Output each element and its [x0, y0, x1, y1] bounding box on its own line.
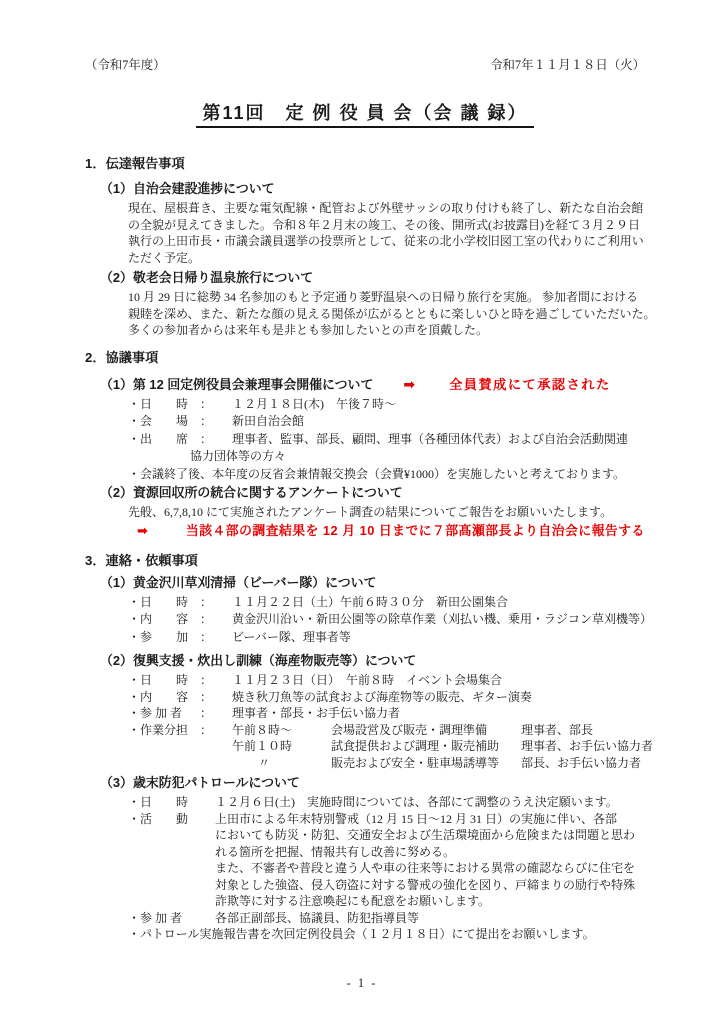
body-line: 執行の上田市長・市議会議員選挙の投票所として、従来の北小学校旧図工室の代わりにご… [128, 233, 645, 250]
section-2-heading: 2．協議事項 [85, 350, 645, 366]
bullet-attendees: ・出 席 ： 理事者、監事、部長、顧問、理事（各種団体代表）および自治会活動関連 [128, 431, 645, 449]
title-area: 第11回 定 例 役 員 会（会 議 録） [85, 103, 645, 128]
body-line: また、不審者や普段と違う人や車の往来等における異常の確認ならびに住宅を [215, 860, 635, 877]
item-1-1-heading: （1）自治会建設進捗について [100, 180, 645, 197]
bullet-label: ・内 容 [128, 611, 200, 629]
document-title: 第11回 定 例 役 員 会（会 議 録） [196, 103, 533, 128]
schedule-time: 午前１０時 [232, 738, 331, 755]
schedule-staff: 理事者、部長 [521, 722, 593, 739]
item-3-3-heading: （3）歳末防犯パトロールについて [100, 774, 645, 791]
body-line: 対象とした強盗、侵入窃盗に対する警戒の強化を図り、戸締まりの励行や特殊 [215, 877, 635, 894]
bullet-colon: ： [200, 705, 232, 722]
action-row: ➡ 当該４部の調査結果を 12 月 10 日までに７部髙瀬部長より自治会に報告す… [137, 521, 645, 540]
bullet-label: ・日 時 [128, 794, 215, 811]
right-arrow-icon: ➡ [403, 376, 415, 393]
bullet-value-continued: 協力団体等の方々 [190, 448, 645, 466]
bullet-value: １１月２３日（日） 午前８時 イベント会場集合 [232, 672, 502, 689]
bullet-date-time: ・日 時 １２月６日(土) 実施時間については、各部にて調整のうえ決定願います。 [128, 794, 645, 811]
bullet-content: ・内 容 ： 焼き秋刀魚等の試食および海産物等の販売、ギター演奏 [128, 689, 645, 706]
bullet-colon: ： [200, 672, 232, 689]
bullet-text: ・パトロール実施報告書を次回定例役員会（１２月１８日）にて提出をお願いします。 [128, 926, 595, 943]
schedule-time-ditto: 〃 [232, 755, 331, 772]
item-2-1-heading: （1）第 12 回定例役員会兼理事会開催について [100, 376, 373, 393]
decision-text: 全員賛成にて承認された [449, 374, 611, 393]
body-line: 上田市による年末特別警戒（12 月 15 日～12 月 31 日）の実施に伴い、… [215, 811, 635, 828]
bullet-report-request: ・パトロール実施報告書を次回定例役員会（１２月１８日）にて提出をお願いします。 [128, 926, 645, 943]
bullet-label: ・会 場 [128, 413, 200, 431]
item-3-3-body: ・日 時 １２月６日(土) 実施時間については、各部にて調整のうえ決定願います。… [85, 794, 645, 943]
bullet-date-time: ・日 時 ： １１月２３日（日） 午前８時 イベント会場集合 [128, 672, 645, 689]
bullet-label: ・参 加 者 [128, 910, 215, 927]
bullet-label: ・作業分担 [128, 722, 200, 739]
schedule-row: 〃 販売および安全・駐車場誘導等 部長、お手伝い協力者 [128, 755, 645, 772]
body-line: れる箇所を把握、情報共有し改善に努める。 [215, 844, 635, 861]
right-arrow-icon: ➡ [137, 521, 148, 540]
bullet-label: ・日 時 [128, 672, 200, 689]
bullet-value: 焼き秋刀魚等の試食および海産物等の販売、ギター演奏 [232, 689, 532, 706]
bullet-colon: ： [200, 594, 232, 612]
item-1-2-heading: （2）敬老会日帰り温泉旅行について [100, 269, 645, 286]
bullet-value: 黄金沢川沿い・新田公園等の除草作業（刈払い機、乗用・ラジコン草刈機等） [232, 611, 652, 629]
item-2-2-heading: （2）資源回収所の統合に関するアンケートについて [100, 484, 645, 501]
bullet-value: 理事者、監事、部長、顧問、理事（各種団体代表）および自治会活動関連 [232, 431, 628, 449]
schedule-staff: 部長、お手伝い協力者 [521, 755, 641, 772]
section-3-heading: 3．連絡・依頼事項 [85, 553, 645, 569]
document-page: （令和7年度） 令和7年１１月１８日（火） 第11回 定 例 役 員 会（会 議… [0, 0, 724, 1024]
bullet-activity: ・活 動 上田市による年末特別警戒（12 月 15 日～12 月 31 日）の実… [128, 811, 645, 910]
bullet-label: ・活 動 [128, 811, 215, 910]
body-line: の全貌が見えてきました。令和８年２月末の竣工、その後、開所式(お披露目)を経て３… [128, 217, 645, 234]
schedule-task: 試食提供および調理・販売補助 [331, 738, 521, 755]
bullet-label: ・参 加 [128, 629, 200, 647]
body-line: ただく予定。 [128, 250, 645, 267]
body-line: 現在、屋根葺き、主要な電気配線・配管および外壁サッシの取り付けも終了し、新たな自… [128, 200, 645, 217]
page-number: - 1 - [0, 976, 724, 991]
bullet-date-time: ・日 時 ： １１月２２日（土）午前６時３０分 新田公園集合 [128, 594, 645, 612]
bullet-colon: ： [200, 611, 232, 629]
bullet-value: 新田自治会館 [232, 413, 304, 431]
document-date: 令和7年１１月１８日（火） [490, 57, 645, 73]
body-line: 多くの参加者からは来年も是非とも参加したいとの声を頂戴した。 [128, 322, 645, 339]
document-header: （令和7年度） 令和7年１１月１８日（火） [85, 57, 645, 73]
bullet-label: ・内 容 [128, 689, 200, 706]
bullet-value: １２月１８日(木) 午後７時～ [232, 396, 396, 414]
item-3-2-body: ・日 時 ： １１月２３日（日） 午前８時 イベント会場集合 ・内 容 ： 焼き… [85, 672, 645, 771]
schedule-staff: 理事者、お手伝い協力者 [521, 738, 653, 755]
bullet-participants: ・参 加 者 ： 理事者・部長・お手伝い協力者 [128, 705, 645, 722]
item-2-1-heading-row: （1）第 12 回定例役員会兼理事会開催について ➡ 全員賛成にて承認された [100, 374, 645, 393]
body-line: においても防災・防犯、交通安全および生活環境面から危険または問題と思わ [215, 827, 635, 844]
bullet-content: ・内 容 ： 黄金沢川沿い・新田公園等の除草作業（刈払い機、乗用・ラジコン草刈機… [128, 611, 645, 629]
bullet-value: １２月６日(土) 実施時間については、各部にて調整のうえ決定願います。 [215, 794, 618, 811]
bullet-value: ビーバー隊、理事者等 [232, 629, 351, 647]
body-line: 10 月 29 日に総勢 34 名参加のもと予定通り菱野温泉への日帰り旅行を実施… [128, 289, 645, 306]
bullet-label: ・出 席 [128, 431, 200, 449]
schedule-row: ・作業分担 ： 午前８時～ 会場設営及び販売・調理準備 理事者、部長 [128, 722, 645, 739]
item-3-1-heading: （1）黄金沢川草刈清掃（ビーバー隊）について [100, 574, 645, 591]
bullet-colon: ： [200, 689, 232, 706]
bullet-colon: ： [200, 431, 232, 449]
bullet-afterparty: ・会議終了後、本年度の反省会兼情報交換会（会費¥1000）を実施したいと考えてお… [128, 466, 645, 484]
bullet-date-time: ・日 時 ： １２月１８日(木) 午後７時～ [128, 396, 645, 414]
bullet-colon: ： [200, 396, 232, 414]
item-3-2-heading: （2）復興支援・炊出し訓練（海産物販売等）について [100, 652, 645, 669]
bullet-value: 各部正副部長、協議員、防犯指導員等 [215, 910, 419, 927]
bullet-label: ・日 時 [128, 396, 200, 414]
schedule-row: 午前１０時 試食提供および調理・販売補助 理事者、お手伝い協力者 [128, 738, 645, 755]
body-line: 親睦を深め、また、新たな顔の見える関係が広がるとともに楽しいひと時を過ごしていた… [128, 306, 645, 323]
bullet-venue: ・会 場 ： 新田自治会館 [128, 413, 645, 431]
bullet-colon: ： [200, 722, 232, 739]
body-line: 先般、6,7,8,10 にて実施されたアンケート調査の結果についてご報告をお願い… [128, 504, 645, 521]
schedule-task: 販売および安全・駐車場誘導等 [331, 755, 521, 772]
body-line: 詐欺等に対する注意喚起にも配意をお願いします。 [215, 893, 635, 910]
schedule-time: 午前８時～ [232, 722, 331, 739]
bullet-participants: ・参 加 者 各部正副部長、協議員、防犯指導員等 [128, 910, 645, 927]
bullet-colon: ： [200, 629, 232, 647]
section-1-heading: 1．伝達報告事項 [85, 156, 645, 172]
fiscal-year-label: （令和7年度） [85, 57, 166, 73]
bullet-text: ・会議終了後、本年度の反省会兼情報交換会（会費¥1000）を実施したいと考えてお… [128, 466, 625, 484]
activity-description: 上田市による年末特別警戒（12 月 15 日～12 月 31 日）の実施に伴い、… [215, 811, 635, 910]
bullet-participants: ・参 加 ： ビーバー隊、理事者等 [128, 629, 645, 647]
bullet-colon: ： [200, 413, 232, 431]
action-text: 当該４部の調査結果を 12 月 10 日までに７部髙瀬部長より自治会に報告する [186, 521, 645, 540]
bullet-label: ・日 時 [128, 594, 200, 612]
bullet-label: ・参 加 者 [128, 705, 200, 722]
bullet-value: 理事者・部長・お手伝い協力者 [232, 705, 400, 722]
bullet-value: １１月２２日（土）午前６時３０分 新田公園集合 [232, 594, 508, 612]
schedule-task: 会場設営及び販売・調理準備 [331, 722, 521, 739]
